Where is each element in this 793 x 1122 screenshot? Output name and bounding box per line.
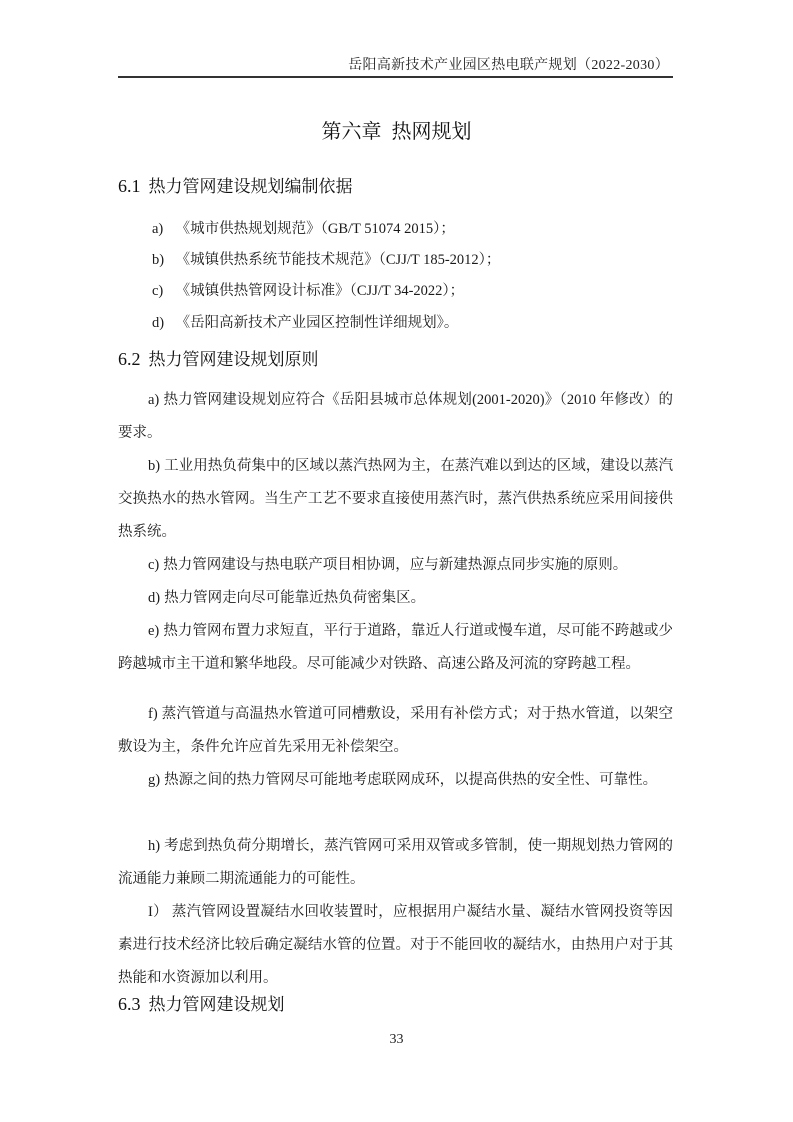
section-heading-6-3: 6.3热力管网建设规划 [118, 990, 285, 1015]
section-heading-6-1: 6.1热力管网建设规划编制依据 [118, 172, 353, 197]
chapter-title: 第六章热网规划 [0, 115, 793, 144]
chapter-number: 第六章 [322, 119, 382, 143]
principle-paragraph: I）蒸汽管网设置凝结水回收装置时，应根据用户凝结水量、凝结水管网投资等因素进行技… [118, 896, 673, 995]
principle-paragraph: h)考虑到热负荷分期增长，蒸汽管网可采用双管或多管制，使一期规划热力管网的流通能… [118, 830, 673, 896]
page-number: 33 [0, 1032, 793, 1048]
principle-paragraph: a)热力管网建设规划应符合《岳阳县城市总体规划(2001-2020)》（2010… [118, 384, 673, 450]
reference-item: d) 《岳阳高新技术产业园区控制性详细规划》。 [152, 311, 458, 332]
page-header: 岳阳高新技术产业园区热电联产规划（2022-2030） [118, 50, 673, 78]
principle-paragraph: c)热力管网建设与热电联产项目相协调，应与新建热源点同步实施的原则。 [118, 549, 673, 582]
reference-item: b) 《城镇供热系统节能技术规范》（CJJ/T 185-2012）； [152, 248, 500, 269]
principle-paragraph: b)工业用热负荷集中的区域以蒸汽热网为主，在蒸汽难以到达的区域，建设以蒸汽交换热… [118, 450, 673, 549]
chapter-name: 热网规划 [392, 119, 472, 143]
principle-paragraph: e)热力管网布置力求短直，平行于道路，靠近人行道或慢车道，尽可能不跨越或少跨越城… [118, 615, 673, 681]
header-title: 岳阳高新技术产业园区热电联产规划（2022-2030） [348, 54, 669, 74]
reference-item: c) 《城镇供热管网设计标准》（CJJ/T 34-2022）； [152, 279, 464, 300]
principle-paragraph: f)蒸汽管道与高温热水管道可同槽敷设，采用有补偿方式；对于热水管道，以架空敷设为… [118, 698, 673, 764]
principle-paragraph: g)热源之间的热力管网尽可能地考虑联网成环，以提高供热的安全性、可靠性。 [118, 764, 673, 797]
reference-item: a) 《城市供热规划规范》（GB/T 51074 2015）； [152, 217, 455, 238]
section-heading-6-2: 6.2热力管网建设规划原则 [118, 345, 319, 370]
principle-paragraph: d)热力管网走向尽可能靠近热负荷密集区。 [118, 582, 673, 615]
